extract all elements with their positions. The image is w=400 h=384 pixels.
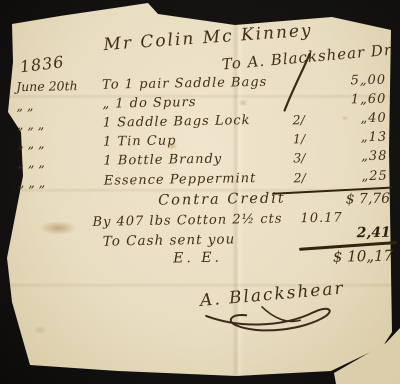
receipt-content: Mr Colin Mc Kinney 1836 To A. Blackshear…: [0, 0, 400, 384]
date-col: „ „ „: [17, 135, 101, 151]
desc-col: 1 Tin Cup: [103, 133, 177, 149]
cotton-credit-amount: 10.17: [300, 211, 342, 227]
contra-credit-amount: $ 7,76: [318, 191, 390, 208]
desc-col: 1 Saddle Bags Lock: [103, 113, 251, 131]
desc-col: 1 Bottle Brandy: [103, 152, 222, 169]
photo-stage: Mr Colin Mc Kinney 1836 To A. Blackshear…: [0, 0, 400, 384]
date-col: „ „ „: [17, 154, 101, 170]
grand-total-amount: $ 10„17: [317, 247, 393, 266]
desc-col: Essence Peppermint: [104, 171, 257, 189]
cash-line-label: To Cash sent you: [103, 231, 236, 249]
year-text: 1836: [19, 52, 66, 76]
amount-col: „40: [313, 111, 387, 127]
signature-flourish-icon: [202, 300, 343, 336]
desc-col: To 1 pair Saddle Bags: [102, 75, 267, 93]
date-col: „ „: [16, 97, 100, 113]
rate-col: 2/: [275, 112, 305, 128]
cotton-credit-line: By 407 lbs Cotton 2½ cts10.17: [92, 211, 342, 230]
rate-col: 3/: [275, 150, 305, 166]
amount-col: „13: [313, 130, 387, 146]
rate-col: 1/: [275, 131, 305, 147]
amount-col: 5„00: [312, 73, 386, 89]
date-col: „ „ „: [18, 174, 102, 190]
cotton-credit-label: By 407 lbs Cotton 2½ cts: [92, 212, 282, 230]
cash-line-amount: 2,41: [319, 225, 391, 242]
amount-col: „25: [314, 169, 388, 185]
errors-excepted-label: E. E.: [173, 250, 222, 267]
amount-col: 1„60: [312, 92, 386, 108]
contra-credit-label: Contra Credit: [158, 191, 286, 209]
amount-col: „38: [313, 149, 387, 165]
rate-col: 2/: [276, 170, 306, 186]
desc-col: „ 1 do Spurs: [102, 95, 196, 112]
date-col: June 20th: [16, 78, 100, 94]
date-col: „ „ „: [17, 116, 101, 132]
